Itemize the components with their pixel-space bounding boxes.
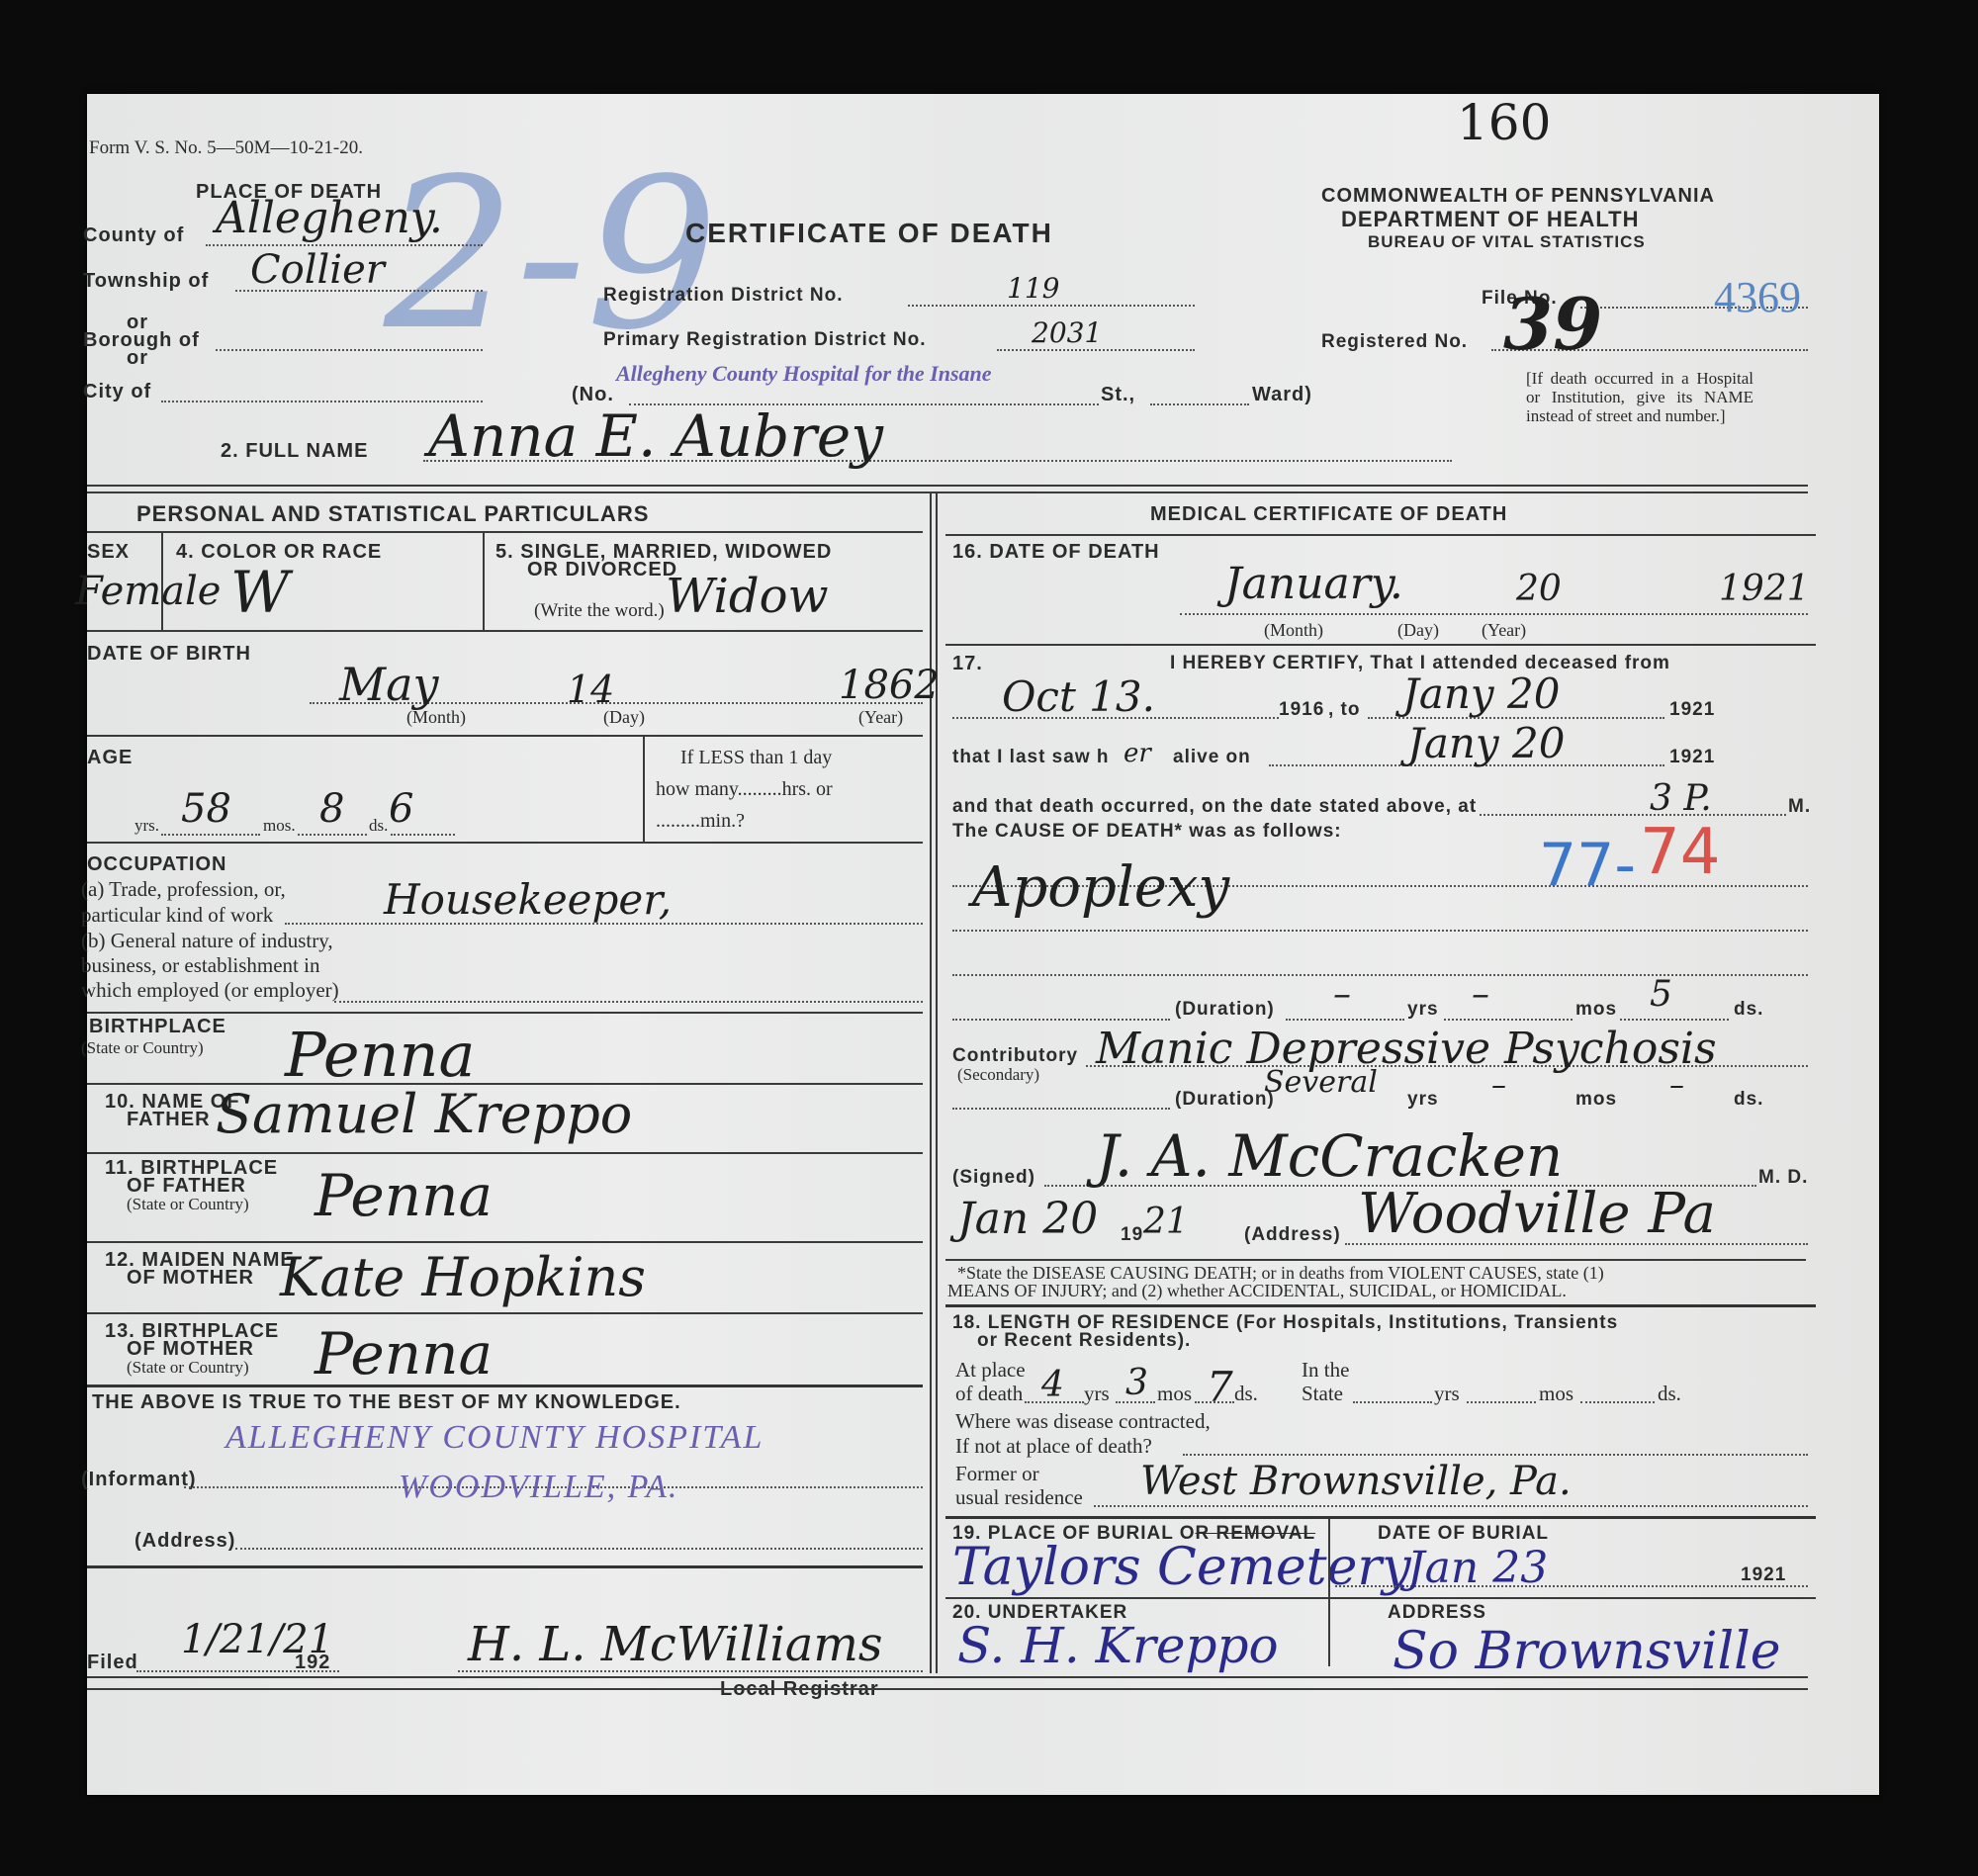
form-number: Form V. S. No. 5—50M—10-21-20.: [89, 137, 363, 159]
less-than-day-3: .........min.?: [656, 810, 745, 833]
date-of-death-label: 16. DATE OF DEATH: [952, 541, 1160, 564]
county-value: Allegheny.: [216, 193, 443, 243]
item-17-label: 17.: [952, 653, 983, 675]
certificate-title: CERTIFICATE OF DEATH: [685, 218, 1053, 249]
bureau-name: BUREAU OF VITAL STATISTICS: [1368, 232, 1646, 252]
signed-year: 21: [1143, 1202, 1189, 1242]
dob-day: 14: [567, 668, 614, 711]
mother-label-2: OF MOTHER: [127, 1267, 254, 1290]
attended-to-date: Jany 20: [1402, 670, 1560, 718]
contracted-label-1: Where was disease contracted,: [955, 1409, 1211, 1434]
death-certificate: Form V. S. No. 5—50M—10-21-20. 160 2-9 P…: [87, 94, 1879, 1795]
age-label: AGE: [87, 747, 133, 769]
primary-district-value: 2031: [1032, 316, 1102, 349]
duration-years-label: yrs: [1407, 999, 1439, 1021]
contributory-duration-label: (Duration): [1175, 1089, 1275, 1111]
physician-address-value: Woodville Pa: [1358, 1182, 1716, 1246]
undertaker-address-label: ADDRESS: [1388, 1602, 1486, 1624]
residence-years-label: yrs: [1084, 1382, 1110, 1406]
contributory-cause-value: Manic Depressive Psychosis: [1096, 1024, 1717, 1074]
full-name-label: 2. FULL NAME: [221, 440, 368, 463]
state-name: COMMONWEALTH OF PENNSYLVANIA: [1321, 185, 1715, 208]
contracted-label-2: If not at place of death?: [955, 1434, 1152, 1459]
informant-label: (Informant): [81, 1469, 197, 1491]
month-caption: (Month): [406, 707, 466, 728]
less-than-day-2: how many.........hrs. or: [656, 778, 833, 801]
contributory-days-label: ds.: [1734, 1089, 1763, 1111]
city-label: City of: [83, 381, 151, 403]
dob-year: 1862: [839, 663, 940, 708]
undertaker-address-value: So Brownsville: [1393, 1622, 1781, 1681]
registration-district-label: Registration District No.: [603, 285, 843, 307]
former-residence-label-2: usual residence: [955, 1485, 1083, 1510]
contributory-duration-years: Several: [1264, 1065, 1378, 1100]
duration-months-label: mos: [1575, 999, 1617, 1021]
last-saw-date: Jany 20: [1407, 719, 1565, 767]
occupation-a-line1: (a) Trade, profession, or,: [81, 877, 286, 902]
file-number-stamp: 4369: [1714, 272, 1801, 322]
contributory-years-label: yrs: [1407, 1089, 1439, 1111]
physician-signature: J. A. McCracken: [1096, 1122, 1563, 1190]
occupation-label: OCCUPATION: [87, 853, 226, 876]
full-name-value: Anna E. Aubrey: [428, 402, 883, 470]
footnote-line-2: MEANS OF INJURY; and (2) whether ACCIDEN…: [947, 1281, 1567, 1301]
occupation-a-line2: particular kind of work: [81, 903, 273, 928]
filed-label: Filed: [87, 1652, 138, 1674]
residence-months-label: mos: [1157, 1382, 1192, 1406]
alive-on-label: alive on: [1173, 747, 1251, 768]
at-place-label-2: of death: [955, 1382, 1023, 1406]
signed-date: Jan 20: [957, 1194, 1098, 1244]
date-of-death-month: January.: [1224, 559, 1403, 609]
or-label: or: [127, 347, 148, 370]
primary-district-label: Primary Registration District No.: [603, 329, 927, 351]
occupation-value: Housekeeper,: [384, 875, 672, 924]
attended-from-date: Oct 13.: [1002, 672, 1155, 721]
contributory-label: Contributory: [952, 1045, 1078, 1067]
last-saw-label: that I last saw h: [952, 747, 1109, 768]
secondary-label: (Secondary): [957, 1065, 1039, 1085]
former-residence-label-1: Former or: [955, 1462, 1039, 1486]
informant-stamp-line2: WOODVILLE, PA.: [399, 1469, 678, 1506]
sex-label: SEX: [87, 541, 130, 564]
last-saw-pronoun: er: [1124, 739, 1151, 768]
dod-day-caption: (Day): [1397, 620, 1439, 641]
top-annotation-number: 160: [1457, 94, 1551, 151]
marital-value: Widow: [666, 569, 829, 624]
informant-address-label: (Address): [135, 1530, 235, 1553]
institution-stamp: Allegheny County Hospital for the Insane: [616, 361, 992, 387]
residence-place-months: 3: [1125, 1363, 1148, 1403]
township-label: Township of: [83, 270, 209, 293]
in-state-label-2: State: [1302, 1382, 1343, 1406]
date-of-death-day: 20: [1516, 569, 1562, 609]
occupation-b-line3: which employed (or employer): [81, 978, 339, 1003]
mother-birthplace-label-3: (State or Country): [127, 1358, 249, 1378]
filed-year-prefix: 192: [295, 1652, 330, 1674]
informant-statement: THE ABOVE IS TRUE TO THE BEST OF MY KNOW…: [92, 1391, 681, 1414]
former-residence-value: West Brownsville, Pa.: [1140, 1459, 1572, 1504]
dob-month: May: [339, 658, 439, 711]
md-label: M. D.: [1758, 1167, 1808, 1189]
ward-label: Ward): [1252, 384, 1312, 406]
marital-hint: (Write the word.): [534, 600, 665, 622]
registered-number-value: 39: [1503, 282, 1602, 366]
duration-days-label: ds.: [1734, 999, 1763, 1021]
age-years: 58: [181, 786, 231, 832]
undertaker-value: S. H. Kreppo: [957, 1617, 1279, 1674]
marital-label-2: OR DIVORCED: [527, 559, 677, 581]
residence-place-years: 4: [1041, 1365, 1064, 1405]
to-label: , to: [1328, 699, 1361, 721]
race-value: W: [230, 559, 290, 626]
registrar-signature: H. L. McWilliams: [468, 1617, 882, 1672]
duration-months: –: [1472, 974, 1489, 1015]
birthplace-sublabel: (State or Country): [81, 1038, 204, 1058]
state-years-label: yrs: [1434, 1382, 1460, 1406]
county-label: County of: [83, 224, 184, 247]
dod-year-caption: (Year): [1482, 620, 1526, 641]
cause-code-blue: 77-: [1539, 831, 1636, 900]
hospital-note: [If death occurred in a Hospital or Inst…: [1526, 369, 1753, 425]
contributory-duration-months: –: [1491, 1068, 1506, 1103]
age-days: 6: [389, 786, 413, 832]
contributory-duration-days: –: [1669, 1068, 1684, 1103]
birthplace-value: Penna: [285, 1019, 475, 1091]
father-label-2: FATHER: [127, 1109, 211, 1131]
physician-address-label: (Address): [1244, 1224, 1341, 1246]
mother-birthplace-value: Penna: [315, 1320, 493, 1387]
dob-label: DATE OF BIRTH: [87, 643, 251, 666]
death-time-value: 3 P.: [1650, 778, 1712, 819]
cause-code-red: 74: [1640, 816, 1720, 889]
residence-heading-2: or Recent Residents).: [977, 1330, 1191, 1352]
state-days-label: ds.: [1658, 1382, 1681, 1406]
registered-number-label: Registered No.: [1321, 331, 1468, 353]
street-label: St.,: [1101, 384, 1135, 406]
months-caption: mos.: [263, 816, 296, 836]
date-of-death-year: 1921: [1719, 569, 1810, 609]
dod-month-caption: (Month): [1264, 620, 1323, 641]
day-caption: (Day): [603, 707, 645, 728]
burial-date-value: Jan 23: [1407, 1543, 1548, 1593]
last-saw-year: 1921: [1669, 747, 1715, 768]
department-name: DEPARTMENT OF HEALTH: [1341, 207, 1640, 232]
father-name-value: Samuel Kreppo: [216, 1083, 632, 1145]
mother-name-value: Kate Hopkins: [280, 1246, 646, 1308]
burial-date-label: DATE OF BURIAL: [1378, 1523, 1549, 1545]
occupation-b-line2: business, or establishment in: [81, 953, 319, 978]
sex-value: Female: [75, 569, 221, 614]
registration-district-value: 119: [1007, 272, 1059, 305]
cause-of-death-value: Apoplexy: [972, 855, 1229, 920]
residence-place-days: 7: [1207, 1363, 1233, 1411]
in-state-label-1: In the: [1302, 1358, 1349, 1383]
duration-label: (Duration): [1175, 999, 1275, 1021]
less-than-day-1: If LESS than 1 day: [680, 747, 832, 769]
township-value: Collier: [250, 247, 385, 293]
residence-days-label: ds.: [1234, 1382, 1258, 1406]
duration-days: 5: [1650, 974, 1672, 1015]
time-meridiem-label: M.: [1788, 796, 1811, 818]
personal-heading: PERSONAL AND STATISTICAL PARTICULARS: [136, 501, 649, 527]
at-place-label-1: At place: [955, 1358, 1026, 1383]
duration-years: –: [1333, 974, 1351, 1015]
birthplace-label: BIRTHPLACE: [89, 1016, 226, 1038]
state-months-label: mos: [1539, 1382, 1573, 1406]
burial-place-value: Taylors Cemetery: [952, 1538, 1411, 1597]
signed-year-prefix: 19: [1121, 1224, 1143, 1246]
years-caption: yrs.: [135, 816, 159, 836]
days-caption: ds.: [369, 816, 388, 836]
burial-date-year: 1921: [1741, 1564, 1786, 1586]
death-time-label: and that death occurred, on the date sta…: [952, 796, 1477, 818]
contributory-months-label: mos: [1575, 1089, 1617, 1111]
attended-to-year: 1921: [1669, 699, 1715, 721]
signed-label: (Signed): [952, 1167, 1035, 1189]
attended-from-year-prefix: 1916: [1279, 699, 1324, 721]
informant-stamp-line1: ALLEGHENY COUNTY HOSPITAL: [225, 1419, 764, 1457]
medical-heading: MEDICAL CERTIFICATE OF DEATH: [1150, 503, 1507, 526]
father-birthplace-value: Penna: [315, 1162, 493, 1229]
age-months: 8: [319, 786, 344, 832]
year-caption: (Year): [858, 707, 903, 728]
occupation-b-line1: (b) General nature of industry,: [81, 929, 333, 953]
cause-label: The CAUSE OF DEATH* was as follows:: [952, 821, 1342, 843]
father-birthplace-label-3: (State or Country): [127, 1195, 249, 1214]
